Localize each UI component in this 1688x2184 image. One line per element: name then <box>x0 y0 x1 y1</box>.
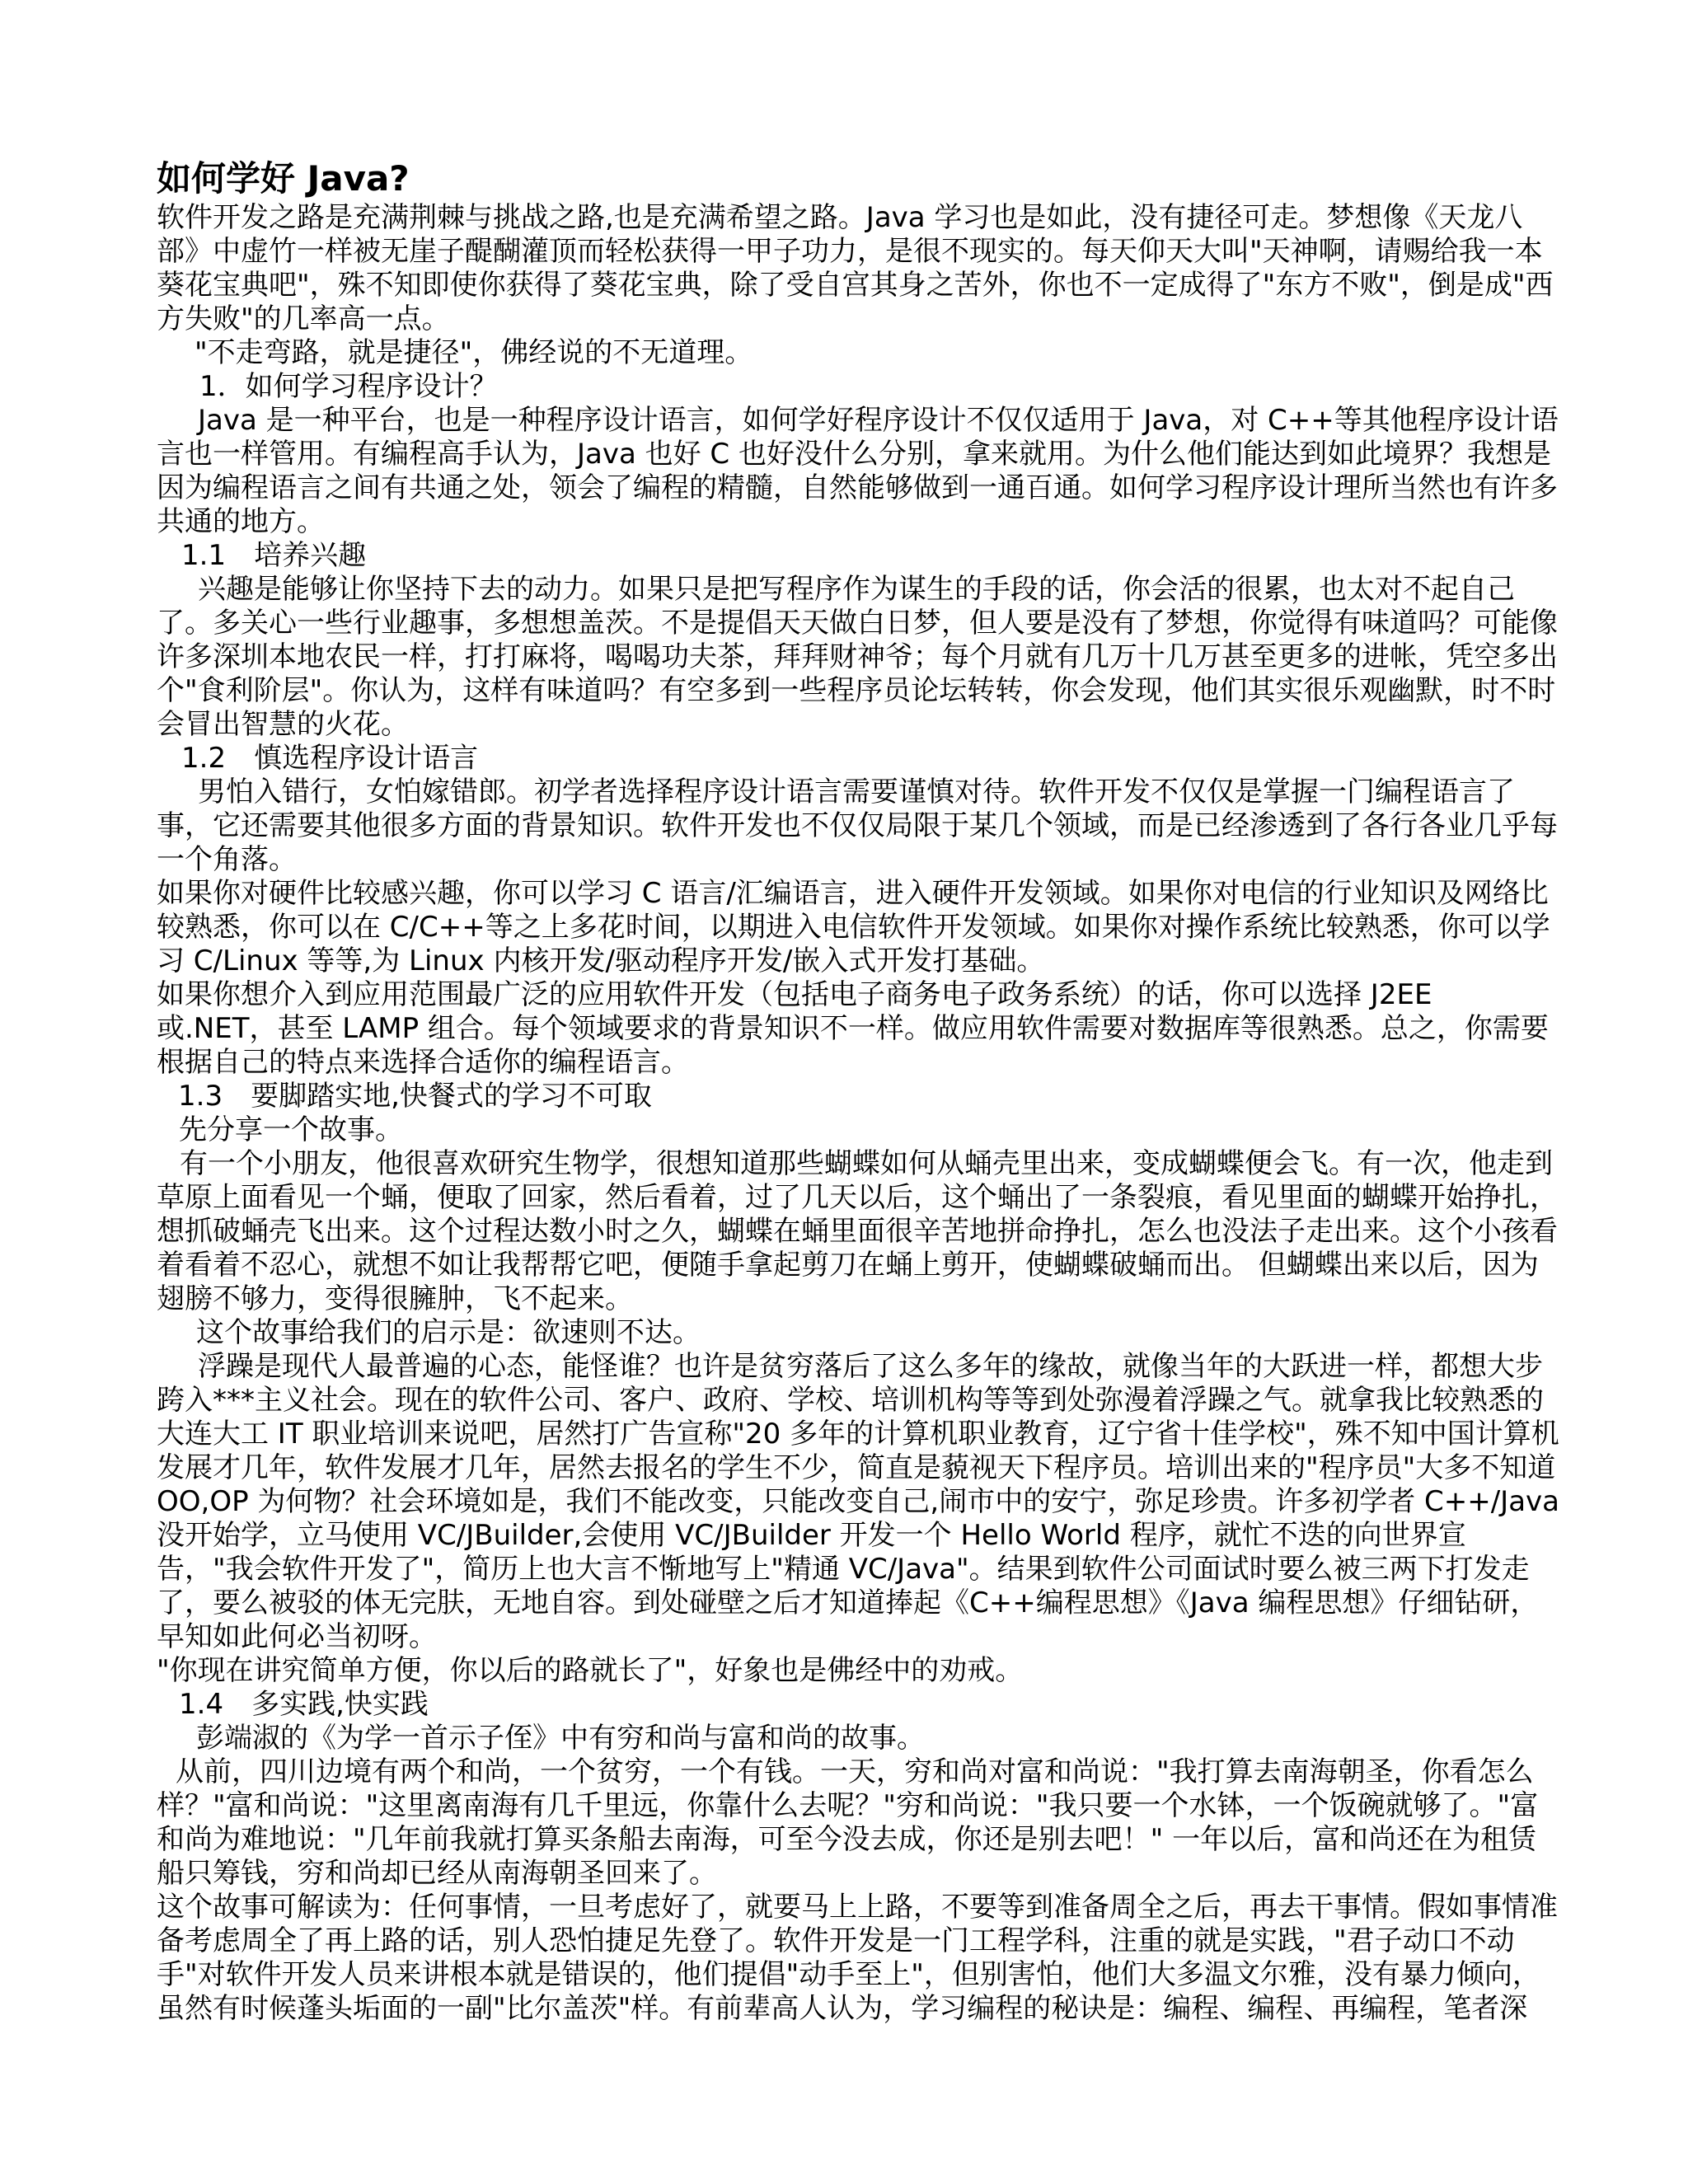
paragraph: 软件开发之路是充满荆棘与挑战之路,也是充满希望之路。Java 学习也是如此，没有… <box>157 201 1561 336</box>
paragraph: 从前，四川边境有两个和尚，一个贫穷，一个有钱。一天，穷和尚对富和尚说："我打算去… <box>157 1755 1561 1891</box>
document-content: 如何学好 Java? 软件开发之路是充满荆棘与挑战之路,也是充满希望之路。Jav… <box>157 158 1561 2026</box>
document-body: 软件开发之路是充满荆棘与挑战之路,也是充满希望之路。Java 学习也是如此，没有… <box>157 201 1561 2026</box>
section-heading: 1.3 要脚踏实地,快餐式的学习不可取 <box>157 1080 1561 1113</box>
document-page: 如何学好 Java? 软件开发之路是充满荆棘与挑战之路,也是充满希望之路。Jav… <box>0 0 1688 2184</box>
paragraph: 这个故事可解读为：任何事情，一旦考虑好了，就要马上上路，不要等到准备周全之后，再… <box>157 1891 1561 2026</box>
section-heading: 1.1 培养兴趣 <box>157 539 1561 573</box>
paragraph: 兴趣是能够让你坚持下去的动力。如果只是把写程序作为谋生的手段的话，你会活的很累，… <box>157 573 1561 742</box>
paragraph: Java 是一种平台，也是一种程序设计语言，如何学好程序设计不仅仅适用于 Jav… <box>157 404 1561 539</box>
paragraph: 如果你想介入到应用范围最广泛的应用软件开发（包括电子商务电子政务系统）的话，你可… <box>157 978 1561 1080</box>
paragraph: 先分享一个故事。 <box>157 1113 1561 1147</box>
paragraph: "不走弯路，就是捷径"，佛经说的不无道理。 <box>157 336 1561 370</box>
paragraph: 彭端淑的《为学一首示子侄》中有穷和尚与富和尚的故事。 <box>157 1722 1561 1755</box>
paragraph: "你现在讲究简单方便，你以后的路就长了"，好象也是佛经中的劝戒。 <box>157 1654 1561 1688</box>
document-title: 如何学好 Java? <box>157 158 1561 199</box>
section-heading: 1．如何学习程序设计？ <box>157 370 1561 404</box>
section-heading: 1.2 慎选程序设计语言 <box>157 742 1561 776</box>
paragraph: 浮躁是现代人最普遍的心态，能怪谁？也许是贫穷落后了这么多年的缘故，就像当年的大跃… <box>157 1350 1561 1654</box>
paragraph: 如果你对硬件比较感兴趣，你可以学习 C 语言/汇编语言，进入硬件开发领域。如果你… <box>157 877 1561 978</box>
section-heading: 1.4 多实践,快实践 <box>157 1688 1561 1722</box>
paragraph: 男怕入错行，女怕嫁错郎。初学者选择程序设计语言需要谨慎对待。软件开发不仅仅是掌握… <box>157 776 1561 877</box>
paragraph: 这个故事给我们的启示是：欲速则不达。 <box>157 1316 1561 1350</box>
paragraph: 有一个小朋友，他很喜欢研究生物学，很想知道那些蝴蝶如何从蛹壳里出来，变成蝴蝶便会… <box>157 1147 1561 1316</box>
